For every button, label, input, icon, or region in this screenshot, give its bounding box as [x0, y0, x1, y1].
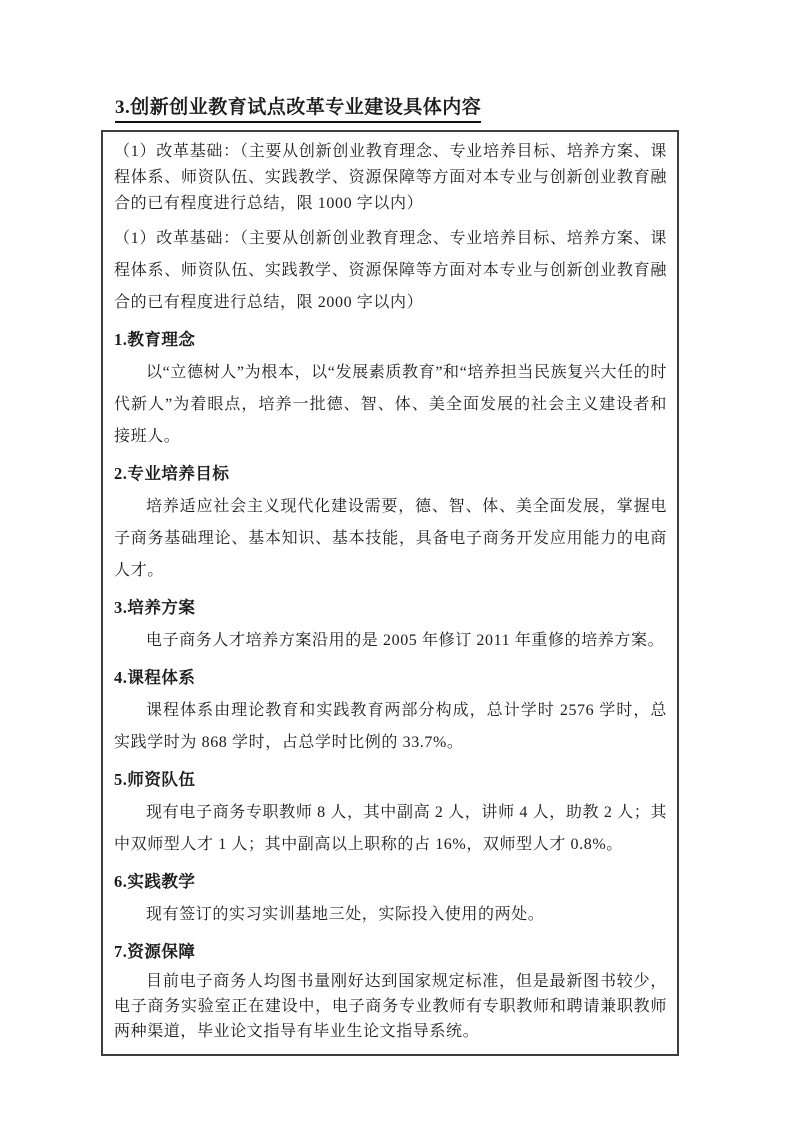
section-heading-resource-guarantee: 7.资源保障 — [114, 941, 667, 963]
page-title: 3.创新创业教育试点改革专业建设具体内容 — [115, 96, 793, 123]
section-body-faculty-team: 现有电子商务专职教师 8 人，其中副高 2 人，讲师 4 人，助教 2 人；其中… — [114, 797, 667, 861]
section-body-resource-guarantee: 目前电子商务人均图书量刚好达到国家规定标准，但是最新图书较少，电子商务实验室正在… — [114, 969, 667, 1044]
prompt-paragraph-1000: （1）改革基础：（主要从创新创业教育理念、专业培养目标、培养方案、课程体系、师资… — [114, 139, 667, 217]
page-title-text: 3.创新创业教育试点改革专业建设具体内容 — [115, 96, 481, 123]
section-body-education-concept: 以“立德树人”为根本，以“发展素质教育”和“培养担当民族复兴大任的时代新人”为着… — [114, 357, 667, 453]
section-heading-practical-teaching: 6.实践教学 — [114, 871, 667, 893]
prompt-paragraph-2000: （1）改革基础：（主要从创新创业教育理念、专业培养目标、培养方案、课程体系、师资… — [114, 223, 667, 319]
section-heading-education-concept: 1.教育理念 — [114, 329, 667, 351]
section-heading-faculty-team: 5.师资队伍 — [114, 769, 667, 791]
section-body-curriculum-system: 课程体系由理论教育和实践教育两部分构成，总计学时 2576 学时，总实践学时为 … — [114, 695, 667, 759]
form-table-cell: （1）改革基础：（主要从创新创业教育理念、专业培养目标、培养方案、课程体系、师资… — [101, 130, 679, 1056]
document-page: 3.创新创业教育试点改革专业建设具体内容 （1）改革基础：（主要从创新创业教育理… — [0, 0, 793, 1122]
section-body-training-objective: 培养适应社会主义现代化建设需要，德、智、体、美全面发展，掌握电子商务基础理论、基… — [114, 491, 667, 587]
section-body-training-plan: 电子商务人才培养方案沿用的是 2005 年修订 2011 年重修的培养方案。 — [114, 625, 667, 657]
section-heading-training-objective: 2.专业培养目标 — [114, 463, 667, 485]
section-heading-curriculum-system: 4.课程体系 — [114, 667, 667, 689]
section-body-practical-teaching: 现有签订的实习实训基地三处，实际投入使用的两处。 — [114, 899, 667, 931]
section-heading-training-plan: 3.培养方案 — [114, 597, 667, 619]
